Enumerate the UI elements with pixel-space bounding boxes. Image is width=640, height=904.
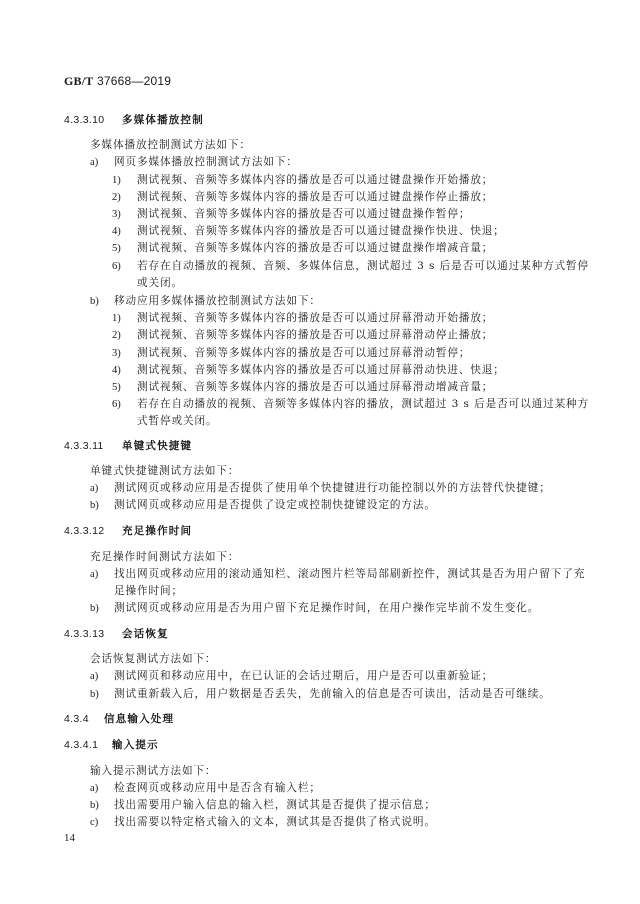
section-heading-4-3-3-10: 4.3.3.10多媒体播放控制 xyxy=(64,113,204,127)
list-text: 测试视频、音频等多媒体内容的播放是否可以通过键盘操作快进、快退； xyxy=(137,225,505,237)
sub-item: 3)测试视频、音频等多媒体内容的播放是否可以通过键盘操作暂停； xyxy=(112,207,470,222)
sub-item: 4)测试视频、音频等多媒体内容的播放是否可以通过屏幕滑动快进、快退； xyxy=(112,363,505,378)
list-marker: 1) xyxy=(112,312,137,326)
section-heading-4-3-3-13: 4.3.3.13会话恢复 xyxy=(64,627,169,641)
list-marker: c) xyxy=(90,816,114,830)
list-item-b: b)移动应用多媒体播放控制测试方法如下： xyxy=(90,294,321,309)
list-text: 测试视频、音频等多媒体内容的播放是否可以通过键盘操作增减音量； xyxy=(137,242,493,254)
list-text: 找出需要以特定格式输入的文本，测试其是否提供了格式说明。 xyxy=(114,816,436,828)
list-text: 测试网页或移动应用是否提供了使用单个快捷键进行功能控制以外的方法替代快捷键； xyxy=(114,482,551,494)
list-text: 移动应用多媒体播放控制测试方法如下： xyxy=(114,295,321,307)
sub-item: 2)测试视频、音频等多媒体内容的播放是否可以通过屏幕滑动停止播放； xyxy=(112,328,493,343)
list-text: 网页多媒体播放控制测试方法如下： xyxy=(114,156,298,168)
list-text: 测试网页或移动应用是否提供了设定或控制快捷键设定的方法。 xyxy=(114,499,436,511)
list-text: 测试视频、音频等多媒体内容的播放是否可以通过键盘操作开始播放； xyxy=(137,174,493,186)
list-item: c)找出需要以特定格式输入的文本，测试其是否提供了格式说明。 xyxy=(90,815,436,830)
list-marker: b) xyxy=(90,799,114,813)
sub-item: 6)若存在自动播放的视频、音频等多媒体内容的播放，测试超过 3 s 后是否可以通… xyxy=(112,397,589,412)
list-text: 若存在自动播放的视频、音频等多媒体内容的播放，测试超过 3 s 后是否可以通过某… xyxy=(137,398,589,410)
section-intro: 单键式快捷键测试方法如下： xyxy=(90,464,239,478)
list-marker: a) xyxy=(90,482,114,496)
sub-item: 3)测试视频、音频等多媒体内容的播放是否可以通过屏幕滑动暂停； xyxy=(112,346,470,361)
list-marker: 6) xyxy=(112,398,137,412)
list-text: 找出网页或移动应用的滚动通知栏、滚动图片栏等局部刷新控件，测试其是否为用户留下了… xyxy=(114,568,585,580)
list-marker: b) xyxy=(90,295,114,309)
standard-prefix: GB/T xyxy=(64,74,93,88)
section-number: 4.3.3.13 xyxy=(64,627,122,641)
list-text: 检查网页或移动应用中是否含有输入栏； xyxy=(114,782,321,794)
list-text: 若存在自动播放的视频、音频、多媒体信息，测试超过 3 s 后是否可以通过某种方式… xyxy=(137,260,589,272)
section-intro: 输入提示测试方法如下： xyxy=(90,764,216,778)
section-title: 输入提示 xyxy=(112,739,159,751)
list-item: a)测试网页或移动应用是否提供了使用单个快捷键进行功能控制以外的方法替代快捷键； xyxy=(90,481,551,496)
list-marker: 3) xyxy=(112,347,137,361)
list-marker: 3) xyxy=(112,208,137,222)
section-intro: 多媒体播放控制测试方法如下： xyxy=(90,138,251,152)
section-title: 信息输入处理 xyxy=(104,713,174,725)
list-marker: 4) xyxy=(112,364,137,378)
page-number: 14 xyxy=(64,832,75,844)
sub-item: 1)测试视频、音频等多媒体内容的播放是否可以通过键盘操作开始播放； xyxy=(112,173,493,188)
list-item: b)找出需要用户输入信息的输入栏，测试其是否提供了提示信息； xyxy=(90,798,436,813)
list-text: 测试网页或移动应用是否为用户留下充足操作时间，在用户操作完毕前不发生变化。 xyxy=(114,602,539,614)
list-marker: b) xyxy=(90,688,114,702)
list-marker: a) xyxy=(90,670,114,684)
section-heading-4-3-3-11: 4.3.3.11单键式快捷键 xyxy=(64,439,192,453)
section-title: 多媒体播放控制 xyxy=(122,114,204,126)
list-marker: a) xyxy=(90,568,114,582)
list-text: 测试视频、音频等多媒体内容的播放是否可以通过键盘操作暂停； xyxy=(137,208,470,220)
sub-item-continuation: 或关闭。 xyxy=(137,276,183,290)
sub-item: 5)测试视频、音频等多媒体内容的播放是否可以通过屏幕滑动增减音量； xyxy=(112,380,493,395)
list-text: 测试重新载入后，用户数据是否丢失，先前输入的信息是否可读出，活动是否可继续。 xyxy=(114,688,551,700)
list-marker: 1) xyxy=(112,174,137,188)
list-item: a)测试网页和移动应用中，在已认证的会话过期后，用户是否可以重新验证； xyxy=(90,669,493,684)
list-text: 测试视频、音频等多媒体内容的播放是否可以通过屏幕滑动增减音量； xyxy=(137,381,493,393)
list-item: a)检查网页或移动应用中是否含有输入栏； xyxy=(90,781,321,796)
list-marker: 2) xyxy=(112,191,137,205)
list-text: 找出需要用户输入信息的输入栏，测试其是否提供了提示信息； xyxy=(114,799,436,811)
list-item-continuation: 足操作时间； xyxy=(114,584,183,598)
sub-item: 6)若存在自动播放的视频、音频、多媒体信息，测试超过 3 s 后是否可以通过某种… xyxy=(112,259,589,274)
list-marker: 5) xyxy=(112,381,137,395)
list-marker: b) xyxy=(90,602,114,616)
section-number: 4.3.4 xyxy=(64,712,104,726)
section-title: 单键式快捷键 xyxy=(122,440,192,452)
list-text: 测试视频、音频等多媒体内容的播放是否可以通过屏幕滑动快进、快退； xyxy=(137,364,505,376)
list-item: b)测试网页或移动应用是否为用户留下充足操作时间，在用户操作完毕前不发生变化。 xyxy=(90,601,539,616)
section-intro: 充足操作时间测试方法如下： xyxy=(90,550,239,564)
list-marker: a) xyxy=(90,156,114,170)
section-number: 4.3.3.10 xyxy=(64,113,122,127)
list-item: b)测试网页或移动应用是否提供了设定或控制快捷键设定的方法。 xyxy=(90,498,436,513)
list-marker: b) xyxy=(90,499,114,513)
section-number: 4.3.3.11 xyxy=(64,439,122,453)
list-text: 测试视频、音频等多媒体内容的播放是否可以通过屏幕滑动暂停； xyxy=(137,347,470,359)
list-item: a)找出网页或移动应用的滚动通知栏、滚动图片栏等局部刷新控件，测试其是否为用户留… xyxy=(90,567,585,582)
list-marker: a) xyxy=(90,782,114,796)
sub-item: 1)测试视频、音频等多媒体内容的播放是否可以通过屏幕滑动开始播放； xyxy=(112,311,493,326)
list-text: 测试视频、音频等多媒体内容的播放是否可以通过屏幕滑动停止播放； xyxy=(137,329,493,341)
standard-number: 37668—2019 xyxy=(97,74,171,88)
list-text: 测试网页和移动应用中，在已认证的会话过期后，用户是否可以重新验证； xyxy=(114,670,493,682)
list-item: b)测试重新载入后，用户数据是否丢失，先前输入的信息是否可读出，活动是否可继续。 xyxy=(90,687,551,702)
list-marker: 2) xyxy=(112,329,137,343)
list-marker: 4) xyxy=(112,225,137,239)
section-title: 会话恢复 xyxy=(122,628,169,640)
standard-header: GB/T 37668—2019 xyxy=(64,74,171,89)
sub-item-continuation: 式暂停或关闭。 xyxy=(137,414,217,428)
list-marker: 6) xyxy=(112,260,137,274)
sub-item: 4)测试视频、音频等多媒体内容的播放是否可以通过键盘操作快进、快退； xyxy=(112,224,505,239)
section-number: 4.3.3.12 xyxy=(64,524,122,538)
list-marker: 5) xyxy=(112,242,137,256)
list-text: 测试视频、音频等多媒体内容的播放是否可以通过键盘操作停止播放； xyxy=(137,191,493,203)
sub-item: 5)测试视频、音频等多媒体内容的播放是否可以通过键盘操作增减音量； xyxy=(112,241,493,256)
sub-item: 2)测试视频、音频等多媒体内容的播放是否可以通过键盘操作停止播放； xyxy=(112,190,493,205)
list-text: 测试视频、音频等多媒体内容的播放是否可以通过屏幕滑动开始播放； xyxy=(137,312,493,324)
section-heading-4-3-4-1: 4.3.4.1输入提示 xyxy=(64,738,159,752)
list-item-a: a)网页多媒体播放控制测试方法如下： xyxy=(90,155,298,170)
section-heading-4-3-4: 4.3.4信息输入处理 xyxy=(64,712,174,726)
section-heading-4-3-3-12: 4.3.3.12充足操作时间 xyxy=(64,524,192,538)
section-title: 充足操作时间 xyxy=(122,525,192,537)
section-intro: 会话恢复测试方法如下： xyxy=(90,652,216,666)
document-page: GB/T 37668—2019 4.3.3.10多媒体播放控制 多媒体播放控制测… xyxy=(0,0,640,904)
section-number: 4.3.4.1 xyxy=(64,738,112,752)
